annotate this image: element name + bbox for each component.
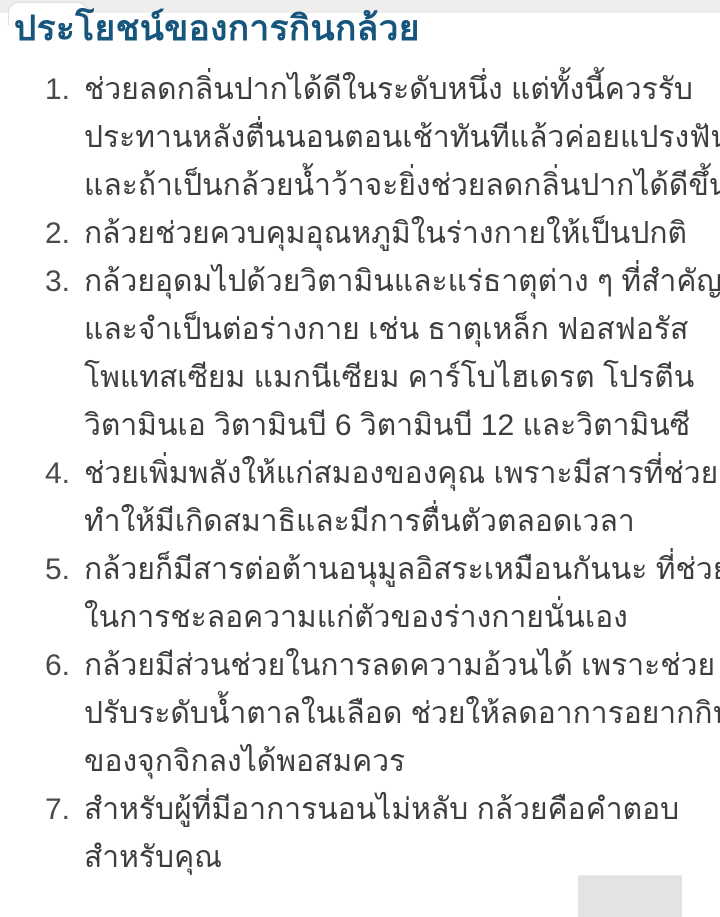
benefits-list: 1. ช่วยลดกลิ่นปากได้ดีในระดับหนึ่ง แต่ทั…	[0, 66, 720, 882]
item-text: กล้วยก็มีสารต่อต้านอนุมูลอิสระเหมือนกันน…	[84, 546, 720, 642]
item-number: 1.	[36, 66, 70, 114]
item-text: สำหรับผู้ที่มีอาการนอนไม่หลับ กล้วยคือคำ…	[84, 786, 720, 882]
item-number: 6.	[36, 642, 70, 690]
list-item: 4. ช่วยเพิ่มพลังให้แก่สมองของคุณ เพราะมี…	[36, 450, 720, 546]
image-placeholder	[578, 875, 682, 917]
item-text: กล้วยมีส่วนช่วยในการลดความอ้วนได้ เพราะช…	[84, 642, 720, 786]
item-text: กล้วยช่วยควบคุมอุณหภูมิในร่างกายให้เป็นป…	[84, 210, 720, 258]
item-text: ช่วยเพิ่มพลังให้แก่สมองของคุณ เพราะมีสาร…	[84, 450, 720, 546]
item-text: ช่วยลดกลิ่นปากได้ดีในระดับหนึ่ง แต่ทั้งน…	[84, 66, 720, 210]
list-item: 2. กล้วยช่วยควบคุมอุณหภูมิในร่างกายให้เป…	[36, 210, 720, 258]
item-text: กล้วยอุดมไปด้วยวิตามินและแร่ธาตุต่าง ๆ ท…	[84, 258, 720, 450]
item-number: 7.	[36, 786, 70, 834]
item-number: 5.	[36, 546, 70, 594]
list-item: 5. กล้วยก็มีสารต่อต้านอนุมูลอิสระเหมือนก…	[36, 546, 720, 642]
item-number: 4.	[36, 450, 70, 498]
page-title: ประโยชน์ของการกินกล้วย	[14, 6, 420, 52]
item-number: 3.	[36, 258, 70, 306]
list-item: 6. กล้วยมีส่วนช่วยในการลดความอ้วนได้ เพร…	[36, 642, 720, 786]
list-item: 1. ช่วยลดกลิ่นปากได้ดีในระดับหนึ่ง แต่ทั…	[36, 66, 720, 210]
list-item: 7. สำหรับผู้ที่มีอาการนอนไม่หลับ กล้วยคื…	[36, 786, 720, 882]
list-item: 3. กล้วยอุดมไปด้วยวิตามินและแร่ธาตุต่าง …	[36, 258, 720, 450]
item-number: 2.	[36, 210, 70, 258]
